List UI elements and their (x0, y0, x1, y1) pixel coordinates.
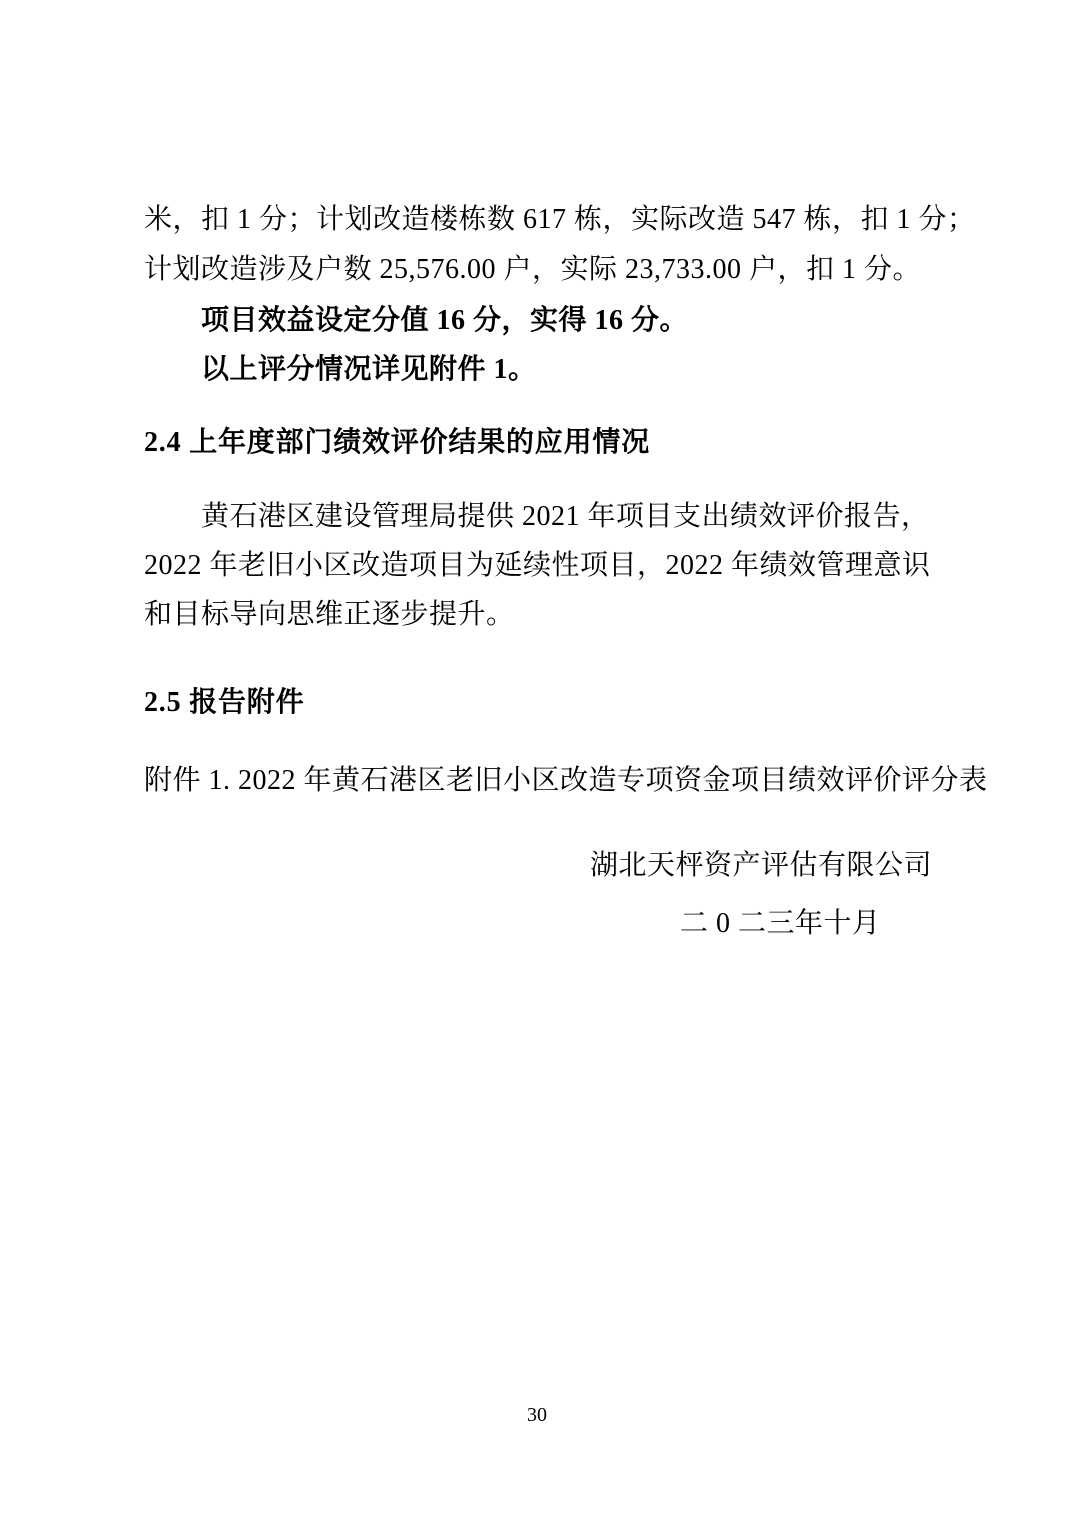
attachment-line: 附件 1. 2022 年黄石港区老旧小区改造专项资金项目绩效评价评分表 (144, 767, 988, 795)
paragraph-deduction-line-2: 计划改造涉及户数 25,576.00 户，实际 23,733.00 户，扣 1 … (144, 256, 921, 284)
section-heading-2-4: 2.4 上年度部门绩效评价结果的应用情况 (144, 429, 650, 457)
section-heading-2-5: 2.5 报告附件 (144, 689, 304, 717)
signature-date: 二 0 二三年十月 (680, 910, 881, 938)
score-reference-line: 以上评分情况详见附件 1。 (201, 356, 537, 384)
para-2-4-line-3: 和目标导向思维正逐步提升。 (144, 601, 515, 629)
para-2-4-line-1: 黄石港区建设管理局提供 2021 年项目支出绩效评价报告， (201, 503, 930, 531)
paragraph-deduction-line-1: 米，扣 1 分；计划改造楼栋数 617 栋，实际改造 547 栋，扣 1 分； (144, 206, 976, 234)
page-number: 30 (0, 1405, 1074, 1425)
document-page: 米，扣 1 分；计划改造楼栋数 617 栋，实际改造 547 栋，扣 1 分； … (0, 0, 1074, 1520)
para-2-4-line-2: 2022 年老旧小区改造项目为延续性项目，2022 年绩效管理意识 (144, 552, 931, 580)
benefit-score-line: 项目效益设定分值 16 分，实得 16 分。 (201, 307, 688, 335)
signature-company: 湖北天枰资产评估有限公司 (590, 852, 932, 880)
